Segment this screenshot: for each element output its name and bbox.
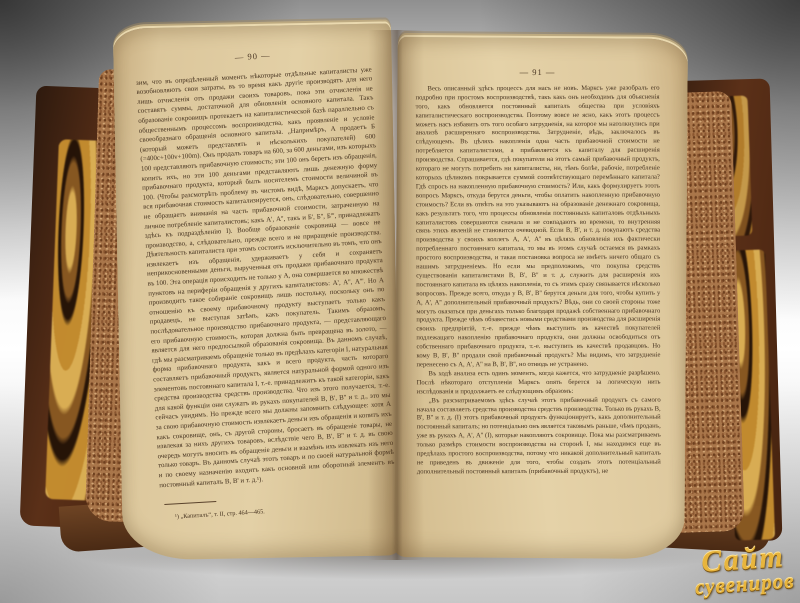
right-page-paragraph: Весь описанный здѣсь процессъ для насъ н… xyxy=(416,84,661,370)
left-page-paragraph: зим, что въ опредѣленный моментъ нѣкотор… xyxy=(136,65,395,490)
watermark: Сайт сувениров xyxy=(693,544,796,599)
left-page-content: — 90 — зим, что въ опредѣленный моментъ … xyxy=(135,45,397,523)
left-page: — 90 — зим, что въ опредѣленный моментъ … xyxy=(113,23,401,560)
right-page-number: — 91 — xyxy=(415,68,659,78)
footnote-rule xyxy=(164,501,216,505)
right-page-content: — 91 — Весь описанный здѣсь процессъ для… xyxy=(415,68,660,478)
right-page-paragraph: „Въ разсматриваемомъ здѣсь случаѣ этотъ … xyxy=(417,396,661,477)
right-page: — 91 — Весь описанный здѣсь процессъ для… xyxy=(394,37,688,559)
left-page-number: — 90 — xyxy=(135,45,371,68)
right-page-paragraph: Въ ходѣ анализа есть одинъ моментъ, когд… xyxy=(417,369,661,397)
book-gutter-shadow xyxy=(368,30,424,560)
watermark-line2: сувениров xyxy=(695,570,796,599)
book-photo-scene: — 90 — зим, что въ опредѣленный моментъ … xyxy=(0,0,800,603)
